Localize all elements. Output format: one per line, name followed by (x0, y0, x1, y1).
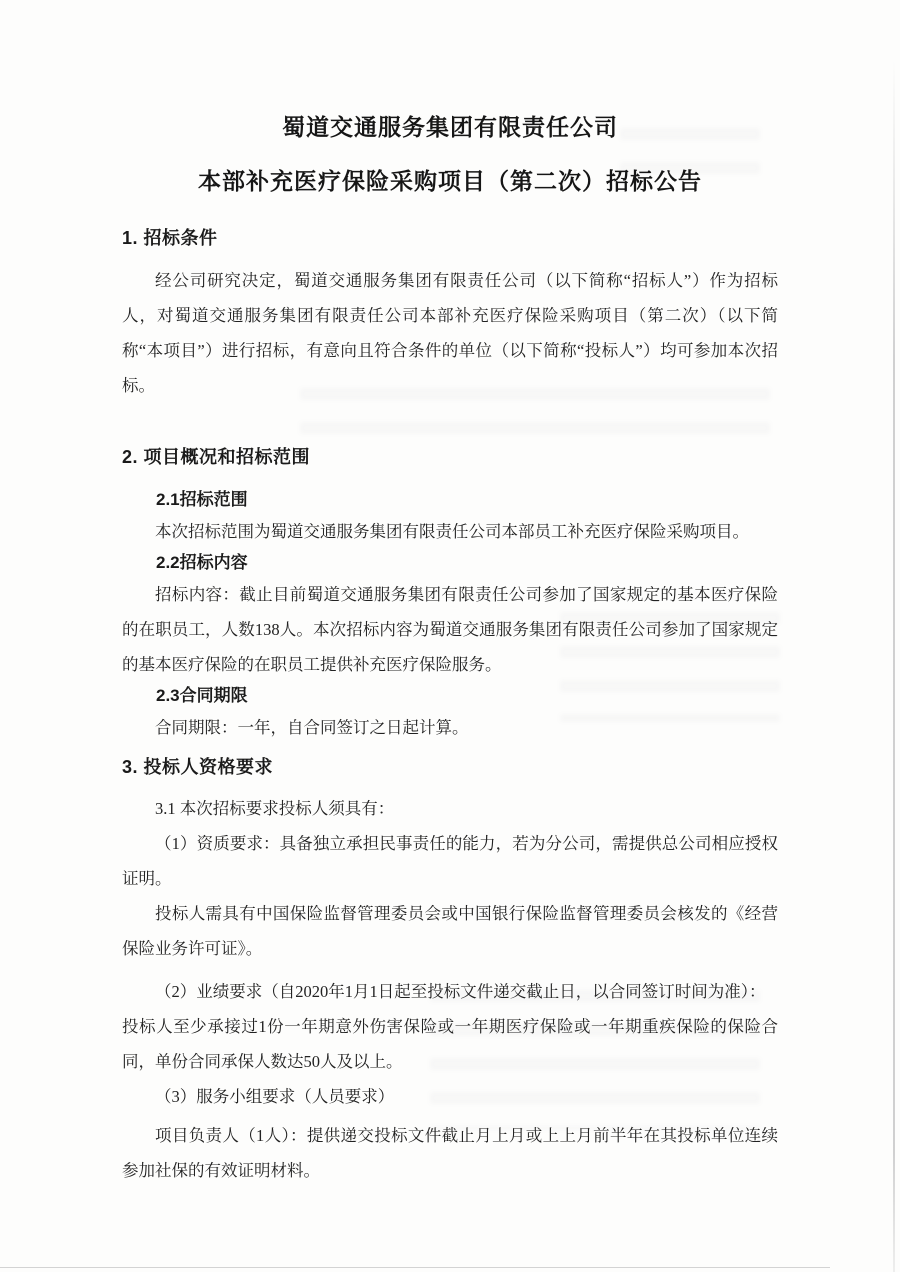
subsection-2-2-paragraph: 招标内容：截止目前蜀道交通服务集团有限责任公司参加了国家规定的基本医疗保险的在职… (122, 577, 778, 682)
clause-license-paragraph: 投标人需具有中国保险监督管理委员会或中国银行保险监督管理委员会核发的《经营保险业… (122, 896, 778, 966)
subsection-2-3-paragraph: 合同期限：一年，自合同签订之日起计算。 (122, 710, 778, 745)
clause-project-leader-paragraph: 项目负责人（1人）：提供递交投标文件截止月上月或上上月前半年在其投标单位连续参加… (122, 1118, 778, 1188)
document-content: 蜀道交通服务集团有限责任公司 本部补充医疗保险采购项目（第二次）招标公告 1. … (122, 0, 778, 1188)
scan-page-edge-bottom (0, 1267, 830, 1268)
doc-title-line-2: 本部补充医疗保险采购项目（第二次）招标公告 (122, 166, 778, 198)
clause-qualification-paragraph: （1）资质要求：具备独立承担民事责任的能力，若为分公司，需提供总公司相应授权证明… (122, 826, 778, 896)
clause-performance-detail: 投标人至少承接过1份一年期意外伤害保险或一年期医疗保险或一年期重疾保险的保险合同… (122, 1009, 778, 1079)
section-1-paragraph: 经公司研究决定，蜀道交通服务集团有限责任公司（以下简称“招标人”）作为招标人，对… (122, 263, 778, 403)
subsection-2-1-heading: 2.1招标范围 (122, 486, 778, 514)
subsection-2-2-heading: 2.2招标内容 (122, 549, 778, 577)
subsection-2-1-paragraph: 本次招标范围为蜀道交通服务集团有限责任公司本部员工补充医疗保险采购项目。 (122, 514, 778, 549)
scan-page-edge-right (893, 60, 895, 1272)
doc-title-line-1: 蜀道交通服务集团有限责任公司 (122, 112, 778, 144)
section-3-heading: 3. 投标人资格要求 (122, 753, 778, 781)
clause-3-1-intro: 3.1 本次招标要求投标人须具有： (122, 791, 778, 826)
section-2-heading: 2. 项目概况和招标范围 (122, 443, 778, 471)
scanned-document-page: 蜀道交通服务集团有限责任公司 本部补充医疗保险采购项目（第二次）招标公告 1. … (0, 0, 900, 1272)
section-1-heading: 1. 招标条件 (122, 224, 778, 252)
clause-team-requirement: （3）服务小组要求（人员要求） (122, 1079, 778, 1114)
subsection-2-3-heading: 2.3合同期限 (122, 682, 778, 710)
clause-performance-intro: （2）业绩要求（自2020年1月1日起至投标文件递交截止日，以合同签订时间为准）… (122, 974, 778, 1009)
